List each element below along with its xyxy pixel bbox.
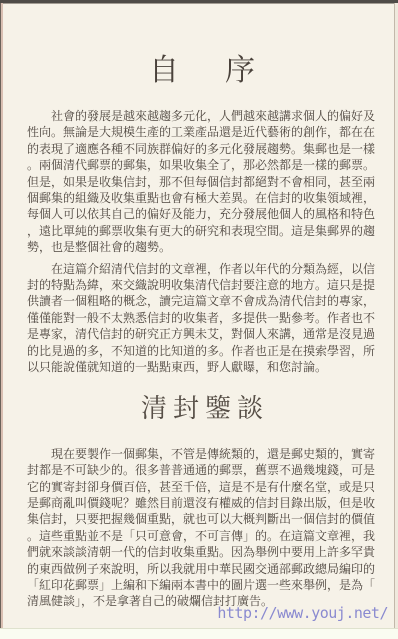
text-line: 供讀者一個粗略的概念，讀完這篇文章不會成為清代信封的專家， xyxy=(27,293,377,309)
text-line: 「紅印花郵票」上編和下編兩本書中的圖片選一些來舉例，是為「 xyxy=(27,577,377,593)
text-line: 集信封，只要把握幾個重點，就也可以大概判斷出一個信封的價值 xyxy=(27,511,377,527)
text-line: 的東西做例子來說明，所以我就用中華民國交通部郵政總局編印的 xyxy=(27,561,377,577)
text-line: 僅僅能對一般不太熟悉信封的收集者，多提供一點參考。作者也不 xyxy=(27,310,377,326)
text-line: 的比見過的多，不知道的比知道的多。作者也正是在摸索學習，所 xyxy=(27,343,377,359)
text-line: 它的實寄封卻身價百倍，甚至千倍，這是不是有什麼名堂，或是只 xyxy=(27,479,377,495)
text-line: 但是，如果是收集信封，那不但每個信封都絕對不會相同，甚至兩 xyxy=(27,174,377,190)
preface-paragraph-2: 在這篇介紹清代信封的文章裡，作者以年代的分類為經，以信封的特點為緯，來交織說明收… xyxy=(27,261,377,376)
scanned-book-page: 自 序 社會的發展是越來越趨多元化，人們越來越講求個人的偏好及性向。無論是大規模… xyxy=(0,0,398,639)
text-line: 現在要製作一個郵集，不管是傳統類的，還是郵史類的，實寄 xyxy=(27,446,377,462)
scan-edge-right xyxy=(392,3,398,639)
text-line: 是專家，清代信封的研究正方興未艾，對個人來講，通常是沒見過 xyxy=(27,326,377,342)
text-line: 。兩個清代郵票的郵集，如果收集全了，那必然都是一樣的郵票。 xyxy=(27,157,377,173)
text-line: 是郵商亂叫價錢呢？雖然目前還沒有權威的信封目錄出版，但是收 xyxy=(27,495,377,511)
watermark-url: http://www.youj.net/ xyxy=(217,604,388,622)
text-line: 勢，也是整個社會的趨勢。 xyxy=(27,239,377,255)
text-line: 社會的發展是越來越趨多元化，人們越來越講求個人的偏好及 xyxy=(27,108,377,124)
section-paragraph-1: 現在要製作一個郵集，不管是傳統類的，還是郵史類的，實寄封都是不可缺少的。很多普普… xyxy=(27,446,377,610)
text-line: ，遠比單純的郵票收集有更大的研究和表現空間。這是集郵界的趨 xyxy=(27,223,377,239)
text-line: 個郵集的組織及收集重點也會有極大差異。在信封的收集領域裡， xyxy=(27,190,377,206)
text-line: 們就來談談清朝一代的信封收集重點。因為舉例中要用上許多罕貴 xyxy=(27,544,377,560)
text-line: 。這些重點並不是「只可意會，不可言傳」的。在這篇文章裡，我 xyxy=(27,528,377,544)
text-line: 的表現了適應各種不同族群偏好的多元化發展趨勢。集郵也是一樣 xyxy=(27,141,377,157)
scan-edge-left xyxy=(0,3,4,639)
text-line: 每個人可以依其自己的偏好及能力，充分發展他個人的風格和特色 xyxy=(27,206,377,222)
section-heading: 清封鑒談 xyxy=(27,394,377,424)
text-line: 以只能說僅就知道的一點點東西，野人獻曝，和您討論。 xyxy=(27,359,377,375)
preface-paragraph-1: 社會的發展是越來越趨多元化，人們越來越講求個人的偏好及性向。無論是大規模生產的工… xyxy=(27,108,377,256)
text-line: 性向。無論是大規模生產的工業產品還是近代藝術的創作，都在在 xyxy=(27,124,377,140)
text-line: 封的特點為緯，來交織說明收集清代信封要注意的地方。這只是提 xyxy=(27,277,377,293)
page-content: 自 序 社會的發展是越來越趨多元化，人們越來越講求個人的偏好及性向。無論是大規模… xyxy=(27,4,377,610)
text-line: 封都是不可缺少的。很多普普通通的郵票，舊票不過幾塊錢，可是 xyxy=(27,462,377,478)
preface-title: 自 序 xyxy=(27,54,377,88)
text-line: 在這篇介紹清代信封的文章裡，作者以年代的分類為經，以信 xyxy=(27,261,377,277)
scan-edge-bottom xyxy=(0,628,398,639)
